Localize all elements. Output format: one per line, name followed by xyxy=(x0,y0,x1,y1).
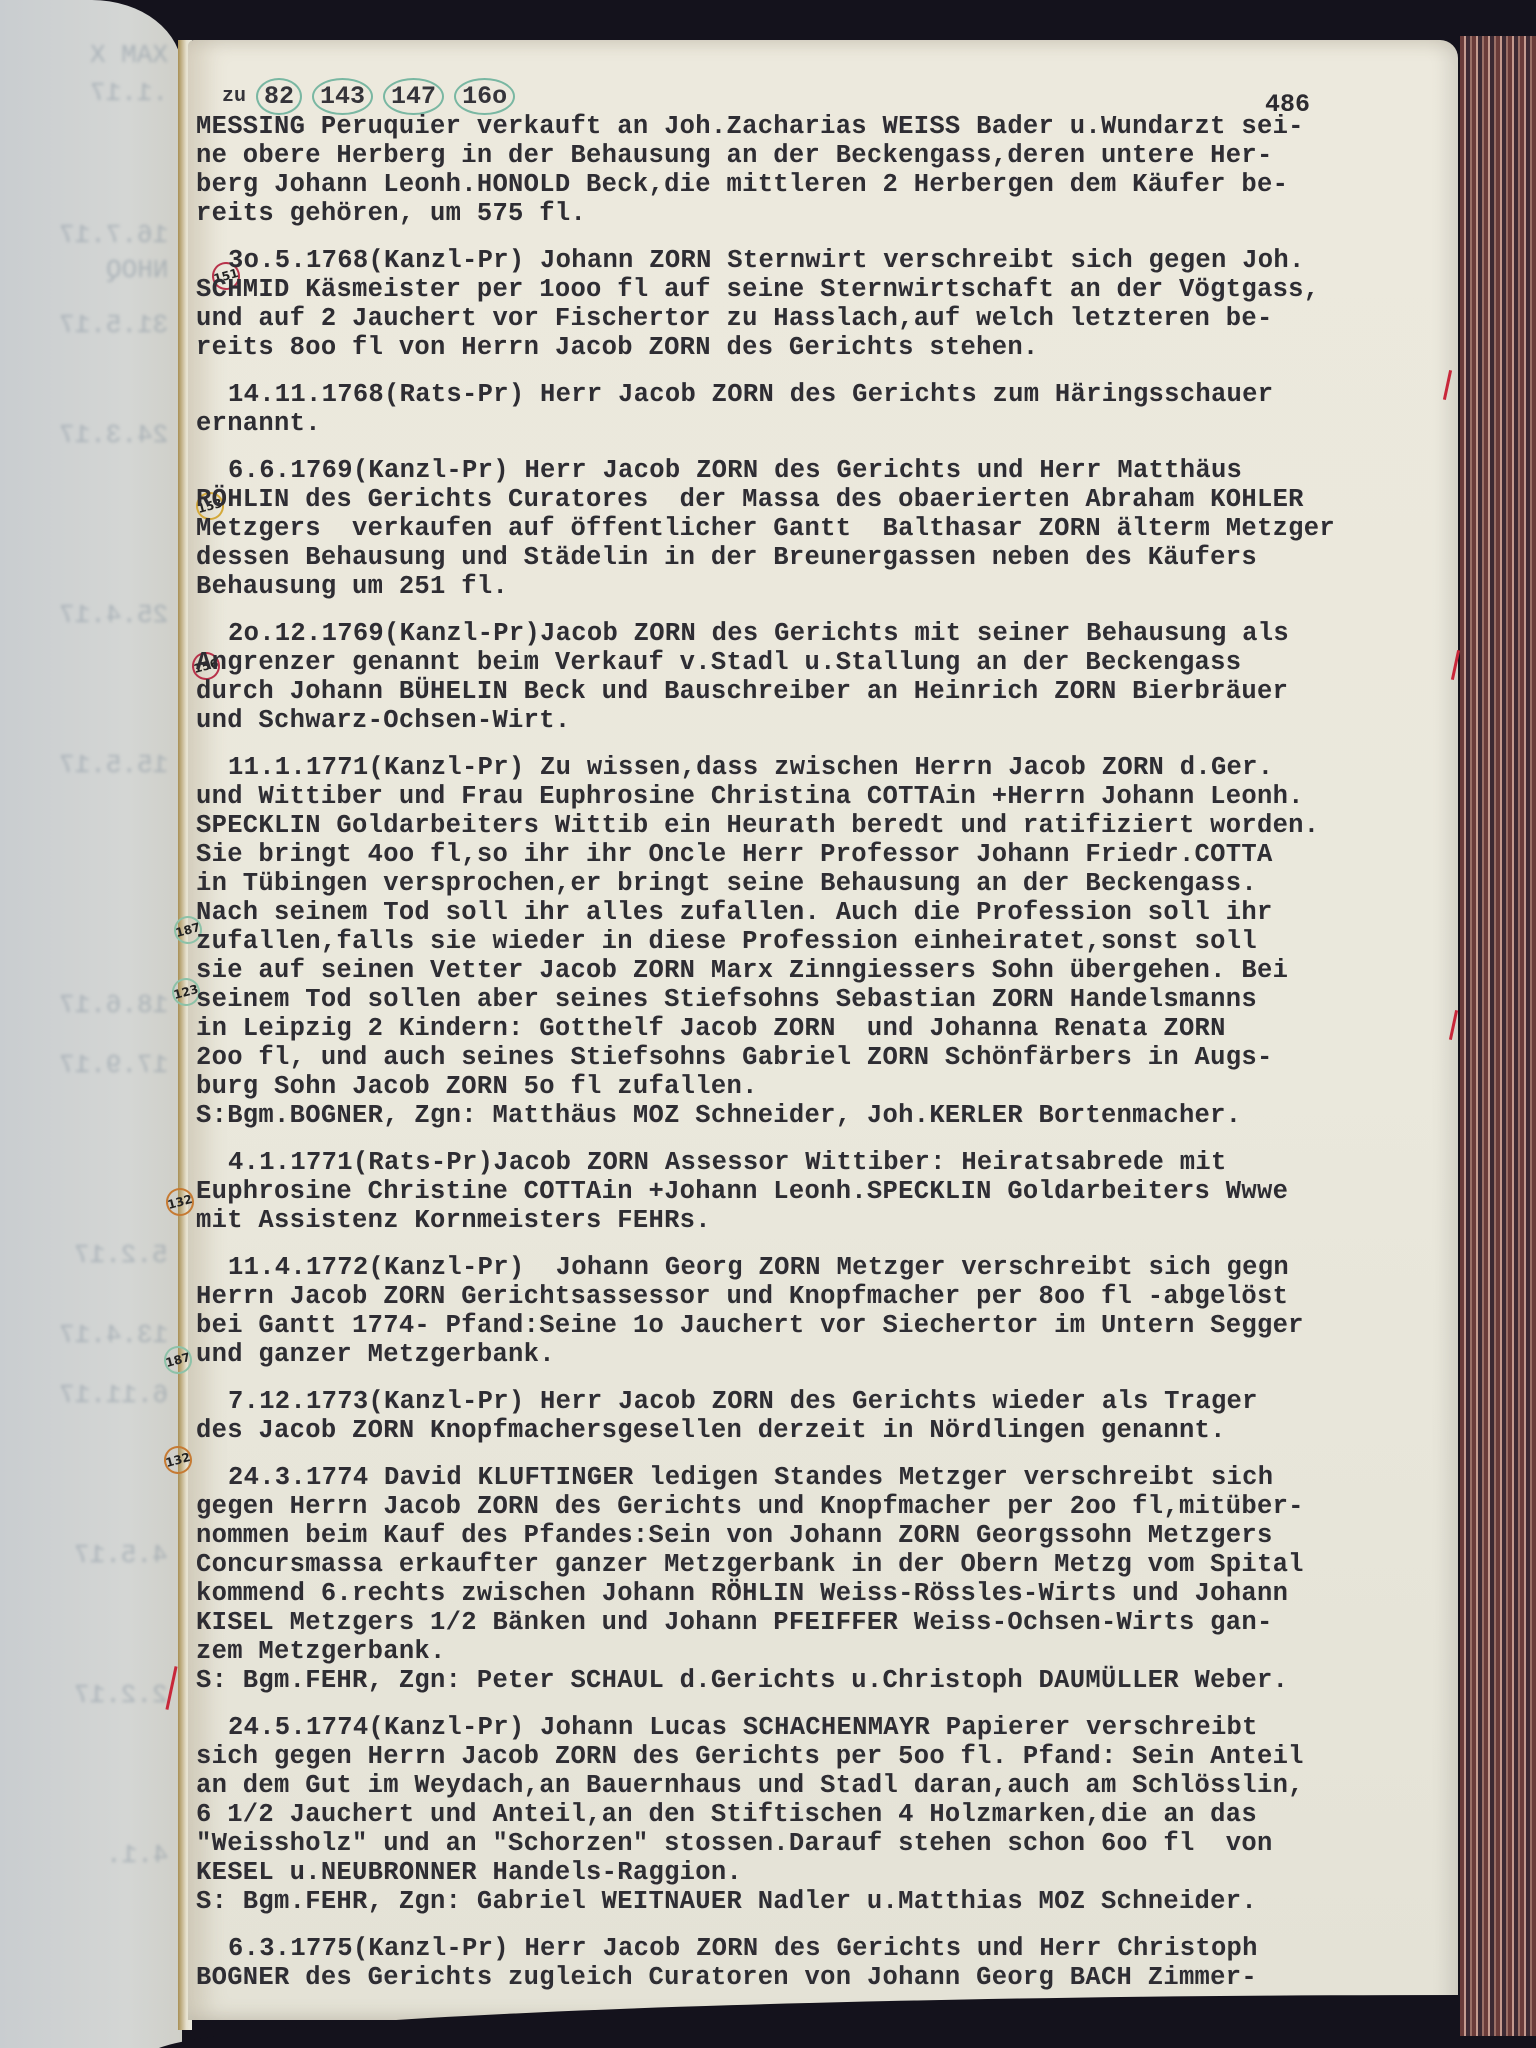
bleed-through-text: 4.1. xyxy=(106,1840,168,1870)
text-line: 6.6.1769(Kanzl-Pr) Herr Jacob ZORN des G… xyxy=(196,456,1451,485)
record-entry: 3o.5.1768(Kanzl-Pr) Johann ZORN Sternwir… xyxy=(196,246,1451,362)
text-line: BOGNER des Gerichts zugleich Curatoren v… xyxy=(196,1963,1451,1992)
bleed-through-text: 17.9.17 xyxy=(59,1050,168,1080)
page-edges xyxy=(1460,36,1536,2036)
record-entry: 11.4.1772(Kanzl-Pr) Johann Georg ZORN Me… xyxy=(196,1253,1451,1369)
text-line: zem Metzgerbank. xyxy=(196,1637,1451,1666)
text-line: 14.11.1768(Rats-Pr) Herr Jacob ZORN des … xyxy=(196,380,1451,409)
text-line: KISEL Metzgers 1/2 Bänken und Johann PFE… xyxy=(196,1608,1451,1637)
text-line: berg Johann Leonh.HONOLD Beck,die mittle… xyxy=(196,170,1451,199)
bleed-through-text: 13.4.17 xyxy=(59,1320,168,1350)
text-line: 11.4.1772(Kanzl-Pr) Johann Georg ZORN Me… xyxy=(196,1253,1451,1282)
bleed-through-text: XAM X xyxy=(90,40,168,70)
record-entry: 4.1.1771(Rats-Pr)Jacob ZORN Assessor Wit… xyxy=(196,1148,1451,1235)
text-line: reits 8oo fl von Herrn Jacob ZORN des Ge… xyxy=(196,333,1451,362)
bleed-through-text: .1.17 xyxy=(90,78,168,108)
text-line: SCHMID Käsmeister per 1ooo fl auf seine … xyxy=(196,275,1451,304)
record-entry: MESSING Peruquier verkauft an Joh.Zachar… xyxy=(196,112,1451,228)
text-line: KESEL u.NEUBRONNER Handels-Raggion. xyxy=(196,1858,1451,1887)
text-line: MESSING Peruquier verkauft an Joh.Zachar… xyxy=(196,112,1451,141)
facing-page-left: XAM X .1.17 16.7.17 NHOQ 31.5.17 24.3.17… xyxy=(0,0,182,2048)
record-entry: 14.11.1768(Rats-Pr) Herr Jacob ZORN des … xyxy=(196,380,1451,438)
text-line: 7.12.1773(Kanzl-Pr) Herr Jacob ZORN des … xyxy=(196,1387,1451,1416)
text-line: gegen Herrn Jacob ZORN des Gerichts und … xyxy=(196,1492,1451,1521)
text-line: 24.5.1774(Kanzl-Pr) Johann Lucas SCHACHE… xyxy=(196,1713,1451,1742)
text-line: und Schwarz-Ochsen-Wirt. xyxy=(196,706,1451,735)
text-line: dessen Behausung und Städelin in der Bre… xyxy=(196,543,1451,572)
bleed-through-text: 4.5.17 xyxy=(74,1540,168,1570)
bleed-through-text: 31.5.17 xyxy=(59,310,168,340)
text-line: in Leipzig 2 Kindern: Gotthelf Jacob ZOR… xyxy=(196,1014,1451,1043)
cross-reference: 143 xyxy=(312,78,373,115)
text-line: an dem Gut im Weydach,an Bauernhaus und … xyxy=(196,1771,1451,1800)
text-line: sie auf seinen Vetter Jacob ZORN Marx Zi… xyxy=(196,956,1451,985)
bleed-through-text: 15.5.17 xyxy=(59,750,168,780)
text-line: Sie bringt 4oo fl,so ihr ihr Oncle Herr … xyxy=(196,840,1451,869)
text-line: 11.1.1771(Kanzl-Pr) Zu wissen,dass zwisc… xyxy=(196,753,1451,782)
text-line: und auf 2 Jauchert vor Fischertor zu Has… xyxy=(196,304,1451,333)
text-line: sich gegen Herrn Jacob ZORN des Gerichts… xyxy=(196,1742,1451,1771)
record-entry: 11.1.1771(Kanzl-Pr) Zu wissen,dass zwisc… xyxy=(196,753,1451,1130)
text-line: seinem Tod sollen aber seines Stiefsohns… xyxy=(196,985,1451,1014)
text-line: Nach seinem Tod soll ihr alles zufallen.… xyxy=(196,898,1451,927)
cross-reference: 147 xyxy=(383,78,444,115)
record-entry: 24.5.1774(Kanzl-Pr) Johann Lucas SCHACHE… xyxy=(196,1713,1451,1916)
record-entry: 6.3.1775(Kanzl-Pr) Herr Jacob ZORN des G… xyxy=(196,1934,1451,1992)
text-line: und Wittiber und Frau Euphrosine Christi… xyxy=(196,782,1451,811)
text-line: 4.1.1771(Rats-Pr)Jacob ZORN Assessor Wit… xyxy=(196,1148,1451,1177)
text-line: ernannt. xyxy=(196,409,1451,438)
record-entry: 6.6.1769(Kanzl-Pr) Herr Jacob ZORN des G… xyxy=(196,456,1451,601)
bleed-through-text: 6.11.17 xyxy=(59,1380,168,1410)
text-line: durch Johann BÜHELIN Beck und Bauschreib… xyxy=(196,677,1451,706)
document-body: MESSING Peruquier verkauft an Joh.Zachar… xyxy=(196,112,1451,2010)
text-line: in Tübingen versprochen,er bringt seine … xyxy=(196,869,1451,898)
cross-reference-prefix: zu xyxy=(222,85,246,108)
text-line: S:Bgm.BOGNER, Zgn: Matthäus MOZ Schneide… xyxy=(196,1101,1451,1130)
record-entry: 2o.12.1769(Kanzl-Pr)Jacob ZORN des Geric… xyxy=(196,619,1451,735)
cross-references: zu 82 143 147 16o xyxy=(222,78,515,115)
bleed-through-text: 25.4.17 xyxy=(59,600,168,630)
cross-reference: 16o xyxy=(454,78,515,115)
text-line: Herrn Jacob ZORN Gerichtsassessor und Kn… xyxy=(196,1282,1451,1311)
text-line: Euphrosine Christine COTTAin +Johann Leo… xyxy=(196,1177,1451,1206)
text-line: bei Gantt 1774- Pfand:Seine 1o Jauchert … xyxy=(196,1311,1451,1340)
text-line: SPECKLIN Goldarbeiters Wittib ein Heurat… xyxy=(196,811,1451,840)
bleed-through-text: 18.6.17 xyxy=(59,990,168,1020)
text-line: 6 1/2 Jauchert und Anteil,an den Stiftis… xyxy=(196,1800,1451,1829)
record-entry: 24.3.1774 David KLUFTINGER ledigen Stand… xyxy=(196,1463,1451,1695)
bleed-through-text: NHOQ xyxy=(106,255,168,285)
text-line: reits gehören, um 575 fl. xyxy=(196,199,1451,228)
text-line: 24.3.1774 David KLUFTINGER ledigen Stand… xyxy=(196,1463,1451,1492)
text-line: Behausung um 251 fl. xyxy=(196,572,1451,601)
text-line: kommend 6.rechts zwischen Johann RÖHLIN … xyxy=(196,1579,1451,1608)
text-line: Concursmassa erkaufter ganzer Metzgerban… xyxy=(196,1550,1451,1579)
bleed-through-text: 24.3.17 xyxy=(59,420,168,450)
text-line: S: Bgm.FEHR, Zgn: Peter SCHAUL d.Gericht… xyxy=(196,1666,1451,1695)
text-line: und ganzer Metzgerbank. xyxy=(196,1340,1451,1369)
text-line: nommen beim Kauf des Pfandes:Sein von Jo… xyxy=(196,1521,1451,1550)
text-line: Angrenzer genannt beim Verkauf v.Stadl u… xyxy=(196,648,1451,677)
text-line: 3o.5.1768(Kanzl-Pr) Johann ZORN Sternwir… xyxy=(196,246,1451,275)
bleed-through-text: 16.7.17 xyxy=(59,220,168,250)
text-line: zufallen,falls sie wieder in diese Profe… xyxy=(196,927,1451,956)
text-line: des Jacob ZORN Knopfmachersgesellen derz… xyxy=(196,1416,1451,1445)
cross-reference: 82 xyxy=(256,78,302,115)
text-line: 2oo fl, und auch seines Stiefsohns Gabri… xyxy=(196,1043,1451,1072)
text-line: Metzgers verkaufen auf öffentlicher Gant… xyxy=(196,514,1451,543)
bleed-through-text: 2.2.17 xyxy=(74,1680,168,1710)
record-entry: 7.12.1773(Kanzl-Pr) Herr Jacob ZORN des … xyxy=(196,1387,1451,1445)
text-line: mit Assistenz Kornmeisters FEHRs. xyxy=(196,1206,1451,1235)
text-line: 6.3.1775(Kanzl-Pr) Herr Jacob ZORN des G… xyxy=(196,1934,1451,1963)
text-line: 2o.12.1769(Kanzl-Pr)Jacob ZORN des Geric… xyxy=(196,619,1451,648)
text-line: burg Sohn Jacob ZORN 5o fl zufallen. xyxy=(196,1072,1451,1101)
text-line: "Weissholz" und an "Schorzen" stossen.Da… xyxy=(196,1829,1451,1858)
text-line: S: Bgm.FEHR, Zgn: Gabriel WEITNAUER Nadl… xyxy=(196,1887,1451,1916)
text-line: ne obere Herberg in der Behausung an der… xyxy=(196,141,1451,170)
text-line: RÖHLIN des Gerichts Curatores der Massa … xyxy=(196,485,1451,514)
bleed-through-text: 5.2.17 xyxy=(74,1240,168,1270)
